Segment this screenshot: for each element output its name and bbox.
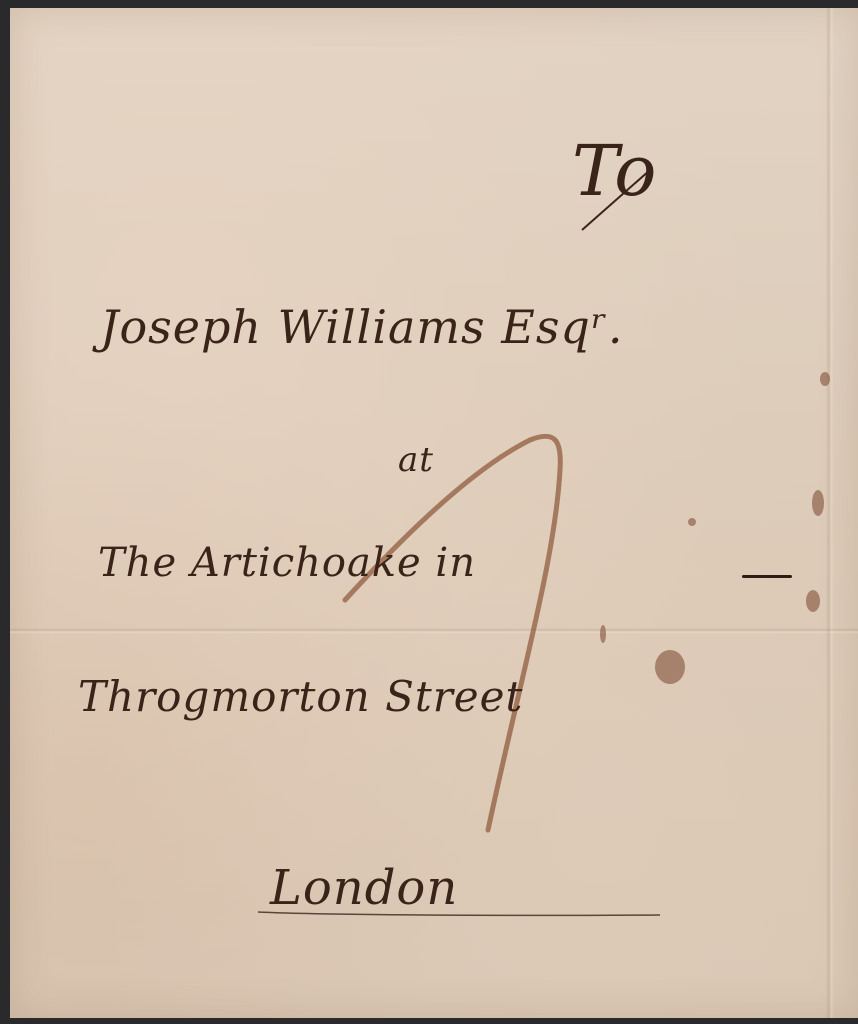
sign-name: The Artichoake in [98, 540, 476, 586]
street-name: Throgmorton Street [78, 672, 523, 721]
preposition-at: at [398, 440, 434, 480]
address-block: To Joseph Williams Esqʳ. at The Artichoa… [0, 0, 858, 1024]
salutation: To [572, 130, 657, 212]
dash-mark [742, 575, 792, 578]
scan-frame: To Joseph Williams Esqʳ. at The Artichoa… [0, 0, 858, 1024]
city-name: London [270, 860, 458, 916]
recipient-name: Joseph Williams Esqʳ. [100, 300, 623, 354]
